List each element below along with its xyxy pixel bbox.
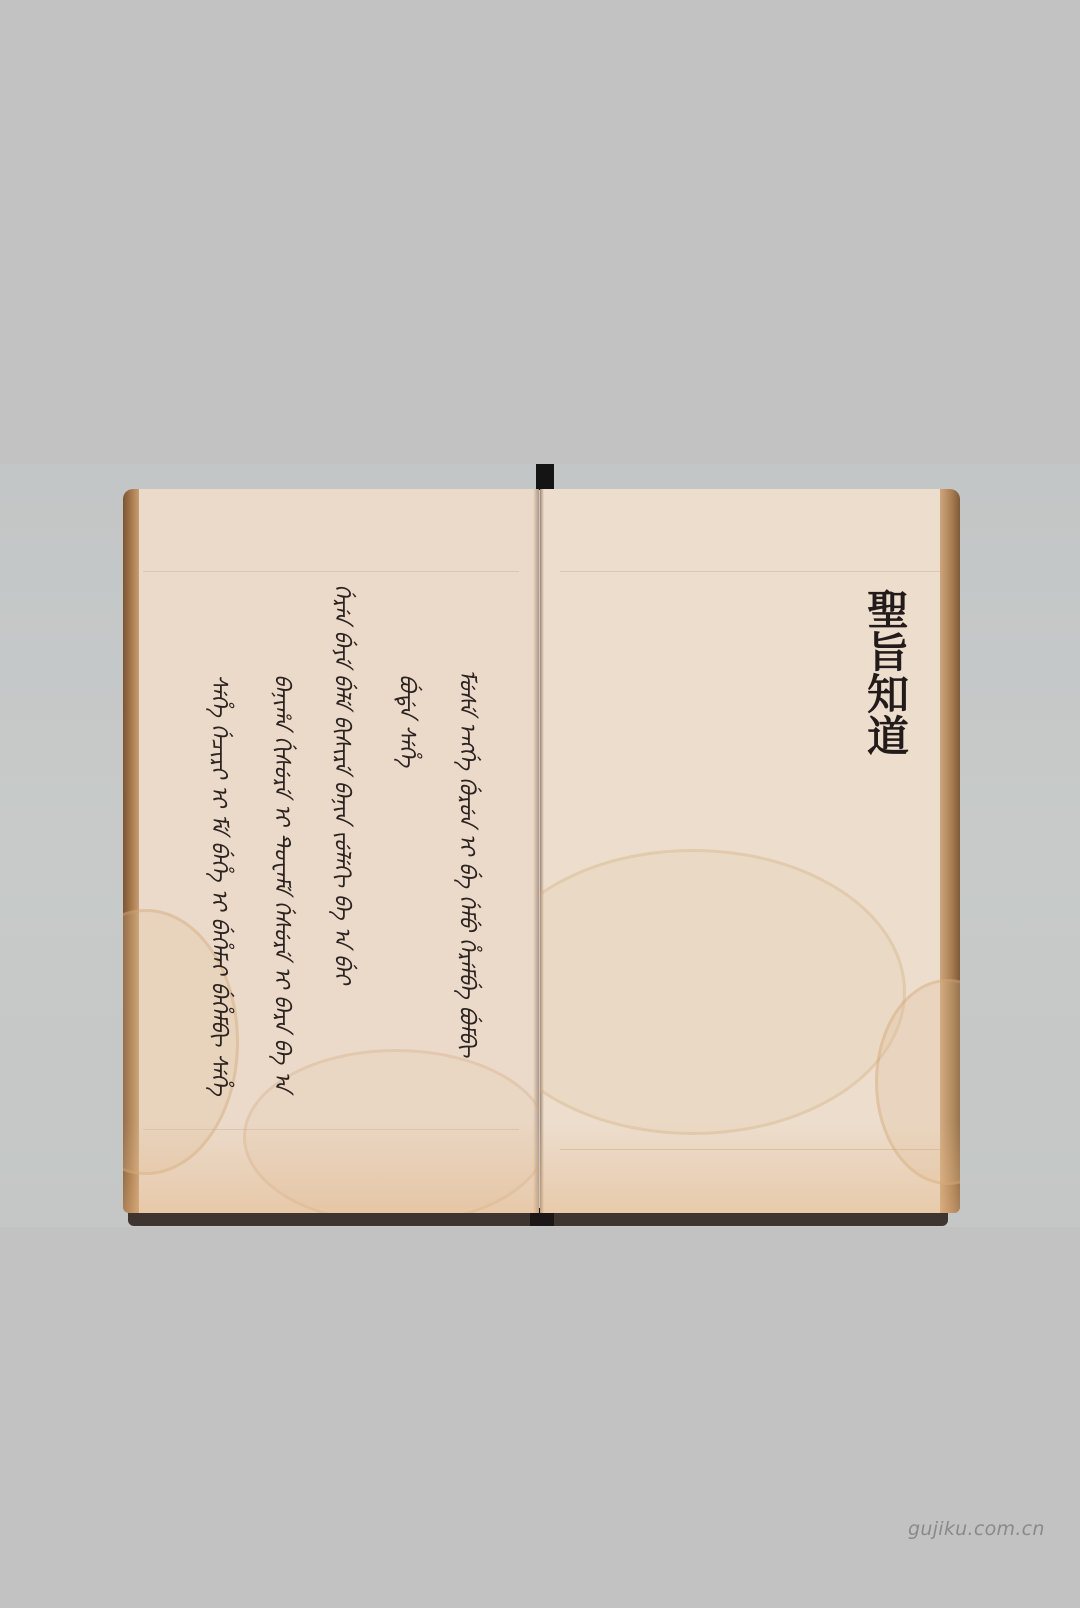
book-spine-top xyxy=(536,464,554,490)
manchu-column-4: ᠪᠠᠨᡳᡥᠠ ᡤᡳᠰᡠᡵᡝ ᡳ ᡨᡠᠸᠠᠮᡝ ᡤᡝᠰᡠᡵᡝ ᡳ ᠪᠠᡵᠠ ᠪᠠ … xyxy=(268,674,308,1144)
watermark: gujiku.com.cn xyxy=(908,1518,1045,1540)
page-rule-top xyxy=(143,571,519,572)
water-stain xyxy=(540,849,906,1135)
left-page: ᠮᡠᠰᡝ ᡝᠩᡤᡝ ᡤᡠᡵᡠᠨ ᡳ ᠪᡝ ᡤᡝᠮᡠ ᡥᡝᡵᡝᠮᠪᡝ ᠪᡠᠮᠪᡳ … xyxy=(123,489,539,1213)
vertical-title: 聖旨知道 xyxy=(855,588,907,756)
manchu-column-2: ᠪᡠᡩᡝ ᠰᡝᡥᡝ xyxy=(393,674,433,804)
manchu-column-5: ᠰᡝᡥᡝ ᡤᡝᠴᡳᡵᡳ ᡳ ᠮᡝ ᠪᡝᡥᡝ ᡳ ᠪᡝᡥᡝᠮᠠᡳ ᠪᡝᡥᡝᠮᠪᡳ … xyxy=(205,674,245,1169)
page-bottom-discoloration xyxy=(540,1123,960,1213)
manchu-column-1: ᠮᡠᠰᡝ ᡝᠩᡤᡝ ᡤᡠᡵᡠᠨ ᡳ ᠪᡝ ᡤᡝᠮᡠ ᡥᡝᡵᡝᠮᠪᡝ ᠪᡠᠮᠪᡳ xyxy=(453,669,493,1149)
page-rule-top xyxy=(560,571,940,572)
gutter-shadow-right xyxy=(540,489,544,1213)
manchu-column-3: ᡤᡝᡵᡝᠨ ᠪᡝᠶᡝ ᠪᡝᠯᡝ ᠪᡳᠰᡳᡵᡝ ᠪᠠᠨᡳᠨ ᠵᡠᠯᡝᡴᡳ ᠪᠠ ᠠ… xyxy=(328,584,368,1144)
